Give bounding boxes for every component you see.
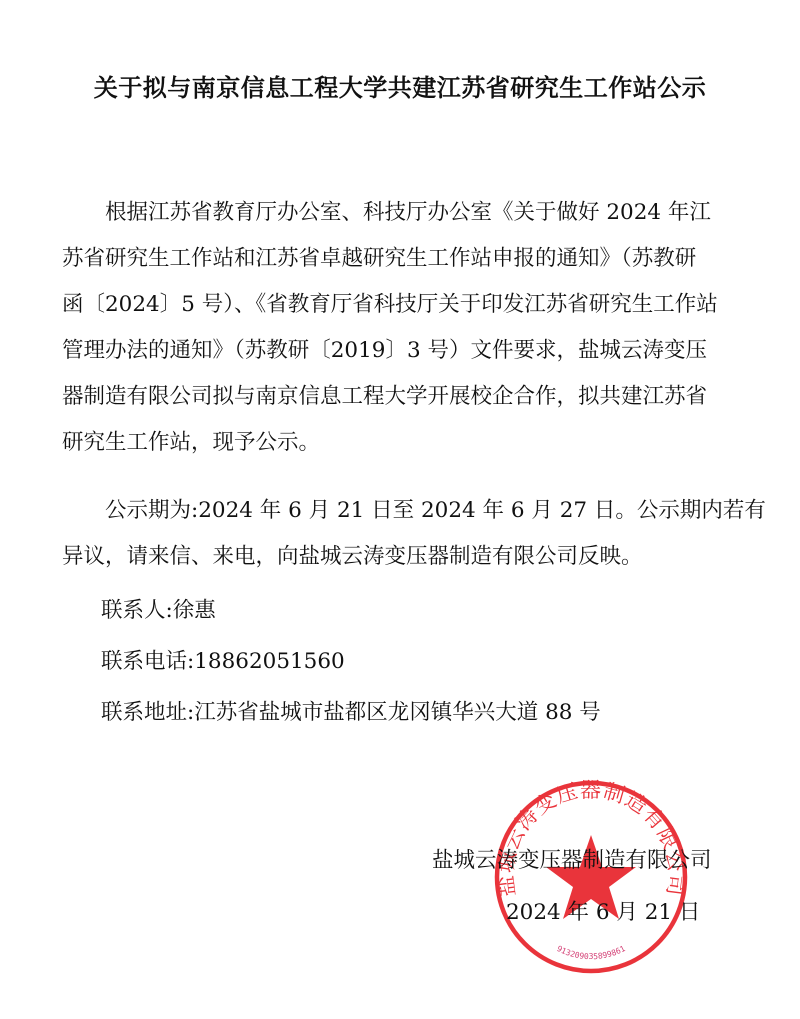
- paragraph-line: 函〔2024〕5 号）、《省教育厅省科技厅关于印发江苏省研究生工作站: [62, 282, 742, 328]
- contact-address: 联系地址:江苏省盐城市盐都区龙冈镇华兴大道 88 号: [101, 698, 601, 728]
- notice-period-paragraph: 公示期为:2024 年 6 月 21 日至 2024 年 6 月 27 日。公示…: [62, 488, 742, 580]
- paragraph-line: 器制造有限公司拟与南京信息工程大学开展校企合作，拟共建江苏省: [62, 374, 742, 420]
- company-seal-icon: 盐城云涛变压器制造有限公司 913209035899861: [491, 777, 691, 977]
- main-paragraph: 根据江苏省教育厅办公室、科技厅办公室《关于做好 2024 年江 苏省研究生工作站…: [62, 190, 742, 466]
- contact-phone: 联系电话:18862051560: [101, 647, 345, 677]
- paragraph-line: 公示期为:2024 年 6 月 21 日至 2024 年 6 月 27 日。公示…: [62, 488, 742, 534]
- svg-text:913209035899861: 913209035899861: [555, 944, 627, 961]
- paragraph-line: 管理办法的通知》（苏教研〔2019〕3 号）文件要求，盐城云涛变压: [62, 328, 742, 374]
- paragraph-line: 异议，请来信、来电，向盐城云涛变压器制造有限公司反映。: [62, 534, 742, 580]
- signature-date: 2024 年 6 月 21 日: [506, 895, 700, 926]
- paragraph-line: 根据江苏省教育厅办公室、科技厅办公室《关于做好 2024 年江: [62, 190, 742, 236]
- paragraph-line: 研究生工作站，现予公示。: [62, 420, 742, 466]
- contact-person: 联系人:徐惠: [101, 596, 216, 626]
- paragraph-line: 苏省研究生工作站和江苏省卓越研究生工作站申报的通知》（苏教研: [62, 236, 742, 282]
- signature-company: 盐城云涛变压器制造有限公司: [432, 843, 712, 874]
- page-title: 关于拟与南京信息工程大学共建江苏省研究生工作站公示: [0, 68, 800, 103]
